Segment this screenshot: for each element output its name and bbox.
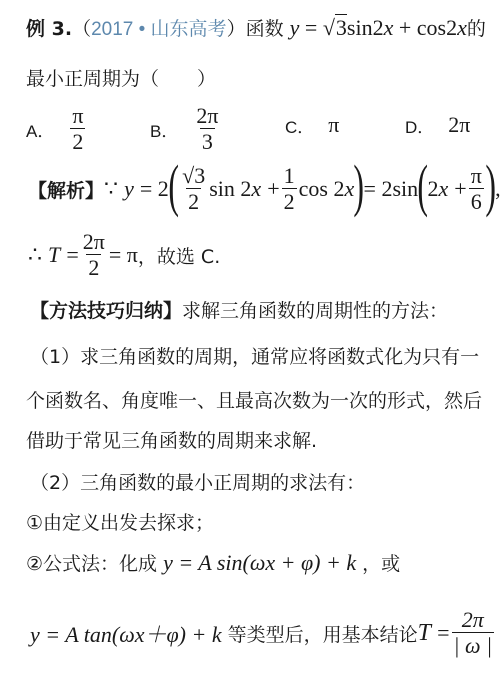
period-result: = π [109,242,138,268]
therefore-symbol: ∴ [28,242,42,268]
analysis-x: x [251,176,261,202]
method-p2: （2）三角函数的最小正周期的求法有： [30,468,365,495]
method-tag: 【方法技巧归纳】 [30,300,182,322]
exam-citation: 2017 • 山东高考 [91,19,226,40]
citation-open-paren: （ [72,18,91,40]
analysis-y: y [124,176,134,202]
item3-eq: = [437,620,449,646]
frac-den: 6 [469,188,484,214]
analysis-x3: x [438,176,448,202]
analysis-eq1: = 2 [140,176,169,202]
one-over-2: 12 [282,164,297,214]
left-paren: ( [168,157,179,215]
option-d-value: 2π [448,112,470,138]
citation-close-paren: ） [227,18,246,40]
option-c-value: π [328,112,339,138]
option-a-label: A． [26,117,54,142]
example-heading: 例 3.（2017 • 山东高考）函数 y = √3sin2x + cos2x的 [26,14,486,41]
frac-den: | ω | [452,632,495,658]
formula-x1: x [384,15,394,40]
frac-den: 2 [282,188,297,214]
stem-suffix: 的 [467,18,486,40]
formula-x2: x [457,15,467,40]
formula-cos: cos2 [417,15,457,40]
analysis-cos: cos 2 [299,176,345,202]
right-paren-2: ) [485,157,496,215]
frac-num: 2π [81,230,107,254]
item3-T: T [418,620,431,647]
period-T: T [48,242,60,268]
frac-num: π [469,164,484,188]
analysis-plus2: + [454,176,466,202]
period-eq: = [66,242,78,268]
right-paren: ) [354,157,365,215]
sqrt3-over-2: √32 [180,164,207,214]
option-b: B． 2π3 [150,104,222,154]
analysis-line: 【解析】 ∵ y = 2 ( √32 sin 2x + 12 cos 2x ) … [28,160,500,218]
stem-prefix: 函数 [246,18,284,40]
pi-over-6: π6 [469,164,484,214]
analysis-tag: 【解析】 [28,176,104,203]
method-item2: ②公式法：化成 y = A sin(ωx + φ) + k ，或 [26,549,400,576]
analysis-plus: + [267,176,279,202]
option-c: C． π [285,112,339,138]
frac-num: 2π [460,608,486,632]
frac-den: 2 [70,128,85,154]
analysis-2: 2 [427,176,438,202]
2pi-over-2: 2π2 [81,230,107,280]
frac-num: π [70,104,85,128]
item2-prefix: ②公式法：化成 [26,553,157,575]
item2-suffix: ，或 [362,553,400,575]
option-d: D． 2π [405,112,470,138]
question-line: 最小正周期为（ ） [26,64,216,91]
frac-num: 2π [194,104,220,128]
method-p1-line2: 个函数名、角度唯一、且最高次数为一次的形式，然后 [26,386,482,413]
frac-num: √3 [180,164,207,188]
frac-den: 2 [86,254,101,280]
analysis-sin: sin 2 [209,176,251,202]
left-paren-2: ( [417,157,428,215]
method-item3: y = A tan(ωx＋φ) + k 等类型后，用基本结论 T = 2π| ω… [30,608,496,658]
option-b-fraction: 2π3 [194,104,220,154]
method-intro: 求解三角函数的周期性的方法： [182,300,448,322]
option-d-label: D． [405,113,434,138]
problem-formula: y = √3sin2x + cos2x [290,14,467,40]
formula-y: y [290,15,300,40]
method-p1-line1: （1）求三角函数的周期，通常应将函数式化为只有一 [30,342,479,369]
analysis-eq2: = 2sin [364,176,419,202]
item3-text: 等类型后，用基本结论 [228,620,418,647]
option-a: A． π2 [26,104,87,154]
option-c-label: C． [285,113,314,138]
sqrt-symbol: √ [323,15,335,40]
item3-formula: y = A tan(ωx＋φ) + k [30,618,222,649]
frac-den: 2 [186,188,201,214]
method-p1-line3: 借助于常见三角函数的周期来求解. [26,426,317,453]
formula-eq: = [305,15,317,40]
option-a-fraction: π2 [70,104,85,154]
method-heading: 【方法技巧归纳】求解三角函数的周期性的方法： [30,296,448,323]
sqrt-arg: 3 [335,14,347,40]
formula-sin: sin2 [347,15,384,40]
answer-conclusion: ，故选 C. [138,242,220,269]
therefore-line: ∴ T = 2π2 = π ，故选 C. [28,230,220,280]
because-symbol: ∵ [104,176,118,202]
method-item1: ①由定义出发去探求； [26,508,214,535]
example-label: 例 3. [26,18,72,40]
item2-formula: y = A sin(ωx + φ) + k [163,550,356,575]
2pi-over-abs-omega: 2π| ω | [452,608,495,658]
frac-den: 3 [200,128,215,154]
frac-num: 1 [282,164,297,188]
formula-plus: + [399,15,411,40]
option-b-label: B． [150,117,178,142]
